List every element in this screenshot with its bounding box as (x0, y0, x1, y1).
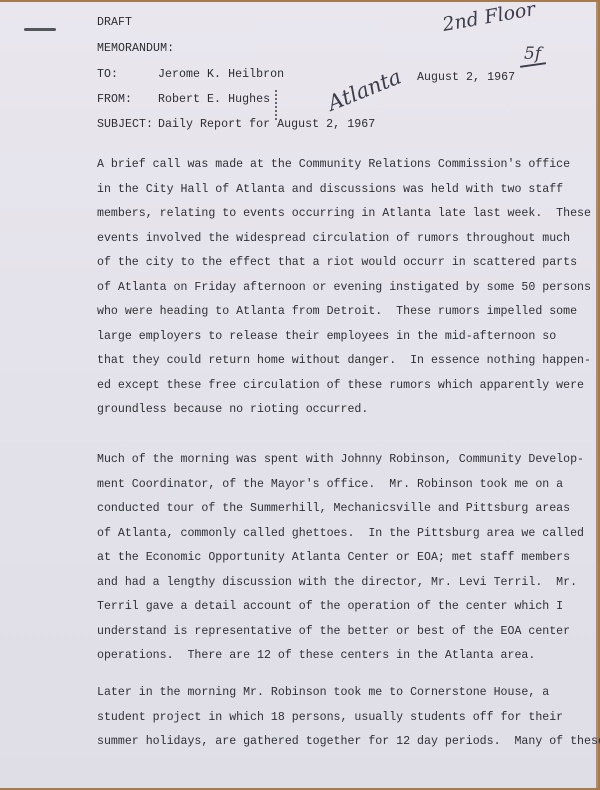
to-label: TO: (97, 68, 118, 82)
paragraph-line: summer holidays, are gathered together f… (97, 735, 600, 749)
memorandum-label: MEMORANDUM: (97, 42, 174, 56)
paragraph-line: understand is representative of the bett… (97, 625, 570, 639)
from-label: FROM: (97, 93, 132, 107)
paragraph-line: events involved the widespread circulati… (97, 232, 570, 246)
paragraph-line: and had a lengthy discussion with the di… (97, 576, 577, 590)
handwritten-page-mark: 5f (524, 44, 541, 64)
paragraph-line: of Atlanta on Friday afternoon or evenin… (97, 281, 591, 295)
paragraph-line: in the City Hall of Atlanta and discussi… (97, 183, 563, 197)
memo-date: August 2, 1967 (417, 71, 515, 85)
handwritten-floor-note: 2nd Floor (441, 0, 537, 36)
subject-value: Daily Report for August 2, 1967 (158, 118, 375, 132)
paragraph-line: who were heading to Atlanta from Detroit… (97, 305, 577, 319)
subject-label: SUBJECT: (97, 118, 153, 132)
paragraph-line: ed except these free circulation of thes… (97, 379, 584, 393)
paragraph-line: at the Economic Opportunity Atlanta Cent… (97, 551, 570, 565)
paragraph-line: A brief call was made at the Community R… (97, 158, 570, 172)
draft-label: DRAFT (97, 16, 132, 30)
margin-dash-mark (24, 28, 56, 31)
paragraph-line: of Atlanta, commonly called ghettoes. In… (97, 527, 584, 541)
paragraph-line: that they could return home without dang… (97, 354, 591, 368)
paragraph-line: members, relating to events occurring in… (97, 207, 591, 221)
paragraph-line: Later in the morning Mr. Robinson took m… (97, 686, 549, 700)
paragraph-line: large employers to release their employe… (97, 330, 556, 344)
margin-marker (275, 90, 279, 120)
paragraph-line: ment Coordinator, of the Mayor's office.… (97, 478, 563, 492)
to-value: Jerome K. Heilbron (158, 68, 284, 82)
handwritten-atlanta-note: Atlanta (324, 64, 404, 115)
paragraph-line: student project in which 18 persons, usu… (97, 711, 563, 725)
paragraph-line: Terril gave a detail account of the oper… (97, 600, 563, 614)
paragraph-line: operations. There are 12 of these center… (97, 649, 535, 663)
memo-page: DRAFT MEMORANDUM: TO: Jerome K. Heilbron… (0, 2, 598, 788)
paragraph-line: conducted tour of the Summerhill, Mechan… (97, 502, 570, 516)
paragraph-line: groundless because no rioting occurred. (97, 403, 368, 417)
paragraph-line: Much of the morning was spent with Johnn… (97, 453, 584, 467)
from-value: Robert E. Hughes (158, 93, 270, 107)
paragraph-line: of the city to the effect that a riot wo… (97, 256, 577, 270)
